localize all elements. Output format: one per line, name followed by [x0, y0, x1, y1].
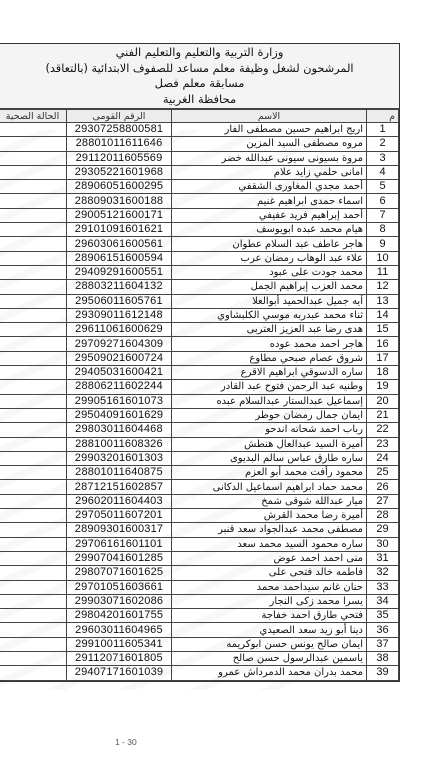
table-row: 4امانى حلمي زايد علام29305221601968	[0, 165, 399, 179]
row-index: 24	[367, 451, 399, 465]
health-status	[0, 594, 67, 608]
national-id: 29804201601755	[67, 609, 172, 623]
table-row: 34يسرا محمد زكى النجار29903071602086	[0, 594, 399, 608]
health-status	[0, 194, 67, 208]
candidate-name: إسماعيل عبدالستار عبدالسلام عبده	[172, 394, 367, 408]
candidate-name: هاجر احمد محمد عوده	[172, 337, 367, 351]
row-index: 16	[367, 337, 399, 351]
column-header-national-id: الرقم القومى	[67, 110, 172, 123]
row-index: 15	[367, 323, 399, 337]
candidate-name: ايمان صالح يونس حسن ابوكريمه	[172, 637, 367, 651]
candidate-name: محمد حماد ابراهيم اسماعيل الدكانى	[172, 480, 367, 494]
table-row: 38ياسمين عبدالرسول حسن صالح2911207160180…	[0, 651, 399, 665]
table-row: 6اسماء حمدى ابراهيم غنيم28809031600188	[0, 194, 399, 208]
row-index: 29	[367, 523, 399, 537]
row-index: 7	[367, 208, 399, 222]
candidate-name: امانى حلمي زايد علام	[172, 165, 367, 179]
candidate-name: محمود رأفت محمد أبو العزم	[172, 466, 367, 480]
table-row: 2مروه مصطفى السيد المزين28801011611646	[0, 137, 399, 151]
health-status	[0, 537, 67, 551]
row-index: 33	[367, 580, 399, 594]
row-index: 14	[367, 308, 399, 322]
row-index: 18	[367, 366, 399, 380]
table-row: 36دينا أبو زيد سعد الصعيدي29603011604965	[0, 623, 399, 637]
row-index: 10	[367, 251, 399, 265]
column-header-name: الاسم	[172, 110, 367, 123]
health-status	[0, 651, 67, 665]
health-status	[0, 566, 67, 580]
national-id: 28809031600188	[67, 194, 172, 208]
table-row: 20إسماعيل عبدالستار عبدالسلام عبده299051…	[0, 394, 399, 408]
governorate-title: محافظة الغربية	[0, 92, 399, 108]
table-row: 14ثناء محمد عبدربه موسي الكلبشاوي2930901…	[0, 308, 399, 322]
table-row: 28أميرة رضا محمد القرش29705011607201	[0, 509, 399, 523]
national-id: 29910011605341	[67, 637, 172, 651]
health-status	[0, 494, 67, 508]
health-status	[0, 251, 67, 265]
health-status	[0, 366, 67, 380]
table-row: 27ميار عبدالله شوقى شمخ29602011604403	[0, 494, 399, 508]
candidate-name: اريج ابراهيم حسين مصطفى الفار	[172, 123, 367, 137]
table-row: 17شروق عصام صبحي مطاوع29509021600724	[0, 351, 399, 365]
candidate-name: يسرا محمد زكى النجار	[172, 594, 367, 608]
candidate-name: محمد العزب إبراهيم الجمل	[172, 280, 367, 294]
candidate-name: ياسمين عبدالرسول حسن صالح	[172, 651, 367, 665]
table-row: 24ساره طارق عباس سالم البديوى29903201601…	[0, 451, 399, 465]
health-status	[0, 237, 67, 251]
national-id: 29504091601629	[67, 408, 172, 422]
health-status	[0, 609, 67, 623]
candidate-name: منى احمد احمد عوض	[172, 551, 367, 565]
row-index: 25	[367, 466, 399, 480]
health-status	[0, 466, 67, 480]
health-status	[0, 623, 67, 637]
national-id: 28712151602857	[67, 480, 172, 494]
national-id: 29309011612148	[67, 308, 172, 322]
national-id: 29405031600421	[67, 366, 172, 380]
health-status	[0, 265, 67, 279]
table-row: 18ساره الدسوقي ابراهيم الاقرع29405031600…	[0, 366, 399, 380]
national-id: 29101091601621	[67, 223, 172, 237]
table-row: 25محمود رأفت محمد أبو العزم2880101164087…	[0, 466, 399, 480]
row-index: 2	[367, 137, 399, 151]
candidate-name: وطنيه عبد الرحمن فتوح عبد القادر	[172, 380, 367, 394]
candidate-name: مروه مصطفى السيد المزين	[172, 137, 367, 151]
health-status	[0, 165, 67, 179]
table-row: 11محمد جودت على عبود29409291600551	[0, 265, 399, 279]
page-range: 1 - 30	[115, 737, 137, 747]
national-id: 28906151600594	[67, 251, 172, 265]
row-index: 32	[367, 566, 399, 580]
candidate-name: أميرة رضا محمد القرش	[172, 509, 367, 523]
health-status	[0, 480, 67, 494]
health-status	[0, 337, 67, 351]
candidate-name: حنان غانم سيداحمد محمد	[172, 580, 367, 594]
health-status	[0, 180, 67, 194]
candidates-sheet: وزارة التربية والتعليم والتعليم الفني ال…	[0, 43, 400, 682]
row-index: 34	[367, 594, 399, 608]
health-status	[0, 151, 67, 165]
title-block: وزارة التربية والتعليم والتعليم الفني ال…	[0, 44, 399, 109]
table-row: 21ايمان جمال رمضان حوطر29504091601629	[0, 408, 399, 422]
column-header-index: م	[367, 110, 399, 123]
table-row: 9هاجر عاطف عبد السلام عطوان2960306160056…	[0, 237, 399, 251]
health-status	[0, 437, 67, 451]
health-status	[0, 509, 67, 523]
row-index: 38	[367, 651, 399, 665]
candidate-name: شروق عصام صبحي مطاوع	[172, 351, 367, 365]
table-row: 30ساره محمود السيد محمد سعد2970616160110…	[0, 537, 399, 551]
health-status	[0, 523, 67, 537]
candidate-name: مصطفى محمد عبدالجواد سعد قنبر	[172, 523, 367, 537]
column-header-health-status: الحالة الصحية	[0, 110, 67, 123]
table-row: 29مصطفى محمد عبدالجواد سعد قنبر289093016…	[0, 523, 399, 537]
national-id: 29602011604403	[67, 494, 172, 508]
national-id: 29701051603661	[67, 580, 172, 594]
health-status	[0, 380, 67, 394]
candidate-name: مروة بسيونى سيونى عبدالله خضر	[172, 151, 367, 165]
row-index: 13	[367, 294, 399, 308]
candidate-name: ميار عبدالله شوقى شمخ	[172, 494, 367, 508]
row-index: 27	[367, 494, 399, 508]
table-row: 13آيه جميل عبدالحميد أبوالعلا29506011605…	[0, 294, 399, 308]
row-index: 39	[367, 666, 399, 680]
national-id: 28909301600317	[67, 523, 172, 537]
candidate-name: دينا أبو زيد سعد الصعيدي	[172, 623, 367, 637]
national-id: 28801011611646	[67, 137, 172, 151]
candidate-name: هاجر عاطف عبد السلام عطوان	[172, 237, 367, 251]
row-index: 28	[367, 509, 399, 523]
row-index: 22	[367, 423, 399, 437]
health-status	[0, 423, 67, 437]
table-row: 15هدى رضا عبد العزيز العتربى296110616006…	[0, 323, 399, 337]
competition-title: مسابقة معلم فصل	[0, 76, 399, 92]
table-row: 1اريج ابراهيم حسين مصطفى الفار2930725880…	[0, 123, 399, 137]
health-status	[0, 294, 67, 308]
national-id: 29907041601285	[67, 551, 172, 565]
national-id: 29709271604309	[67, 337, 172, 351]
candidate-name: ايمان جمال رمضان حوطر	[172, 408, 367, 422]
row-index: 11	[367, 265, 399, 279]
table-row: 12محمد العزب إبراهيم الجمل28803211604132	[0, 280, 399, 294]
table-header-row: م الاسم الرقم القومى الحالة الصحية	[0, 110, 399, 123]
row-index: 8	[367, 223, 399, 237]
candidate-name: علاء عبد الوهاب رمضان عرب	[172, 251, 367, 265]
health-status	[0, 580, 67, 594]
candidate-name: ساره الدسوقي ابراهيم الاقرع	[172, 366, 367, 380]
national-id: 29807071601625	[67, 566, 172, 580]
national-id: 29903071602086	[67, 594, 172, 608]
candidate-name: هيام محمد عبده ابويوسف	[172, 223, 367, 237]
row-index: 3	[367, 151, 399, 165]
candidate-name: هدى رضا عبد العزيز العتربى	[172, 323, 367, 337]
health-status	[0, 351, 67, 365]
national-id: 28806211602244	[67, 380, 172, 394]
table-row: 31منى احمد احمد عوض29907041601285	[0, 551, 399, 565]
table-row: 5أحمد مجدي المغاورى الشقفي28906051600295	[0, 180, 399, 194]
table-row: 35فتحي طارق احمد خفاجة29804201601755	[0, 609, 399, 623]
row-index: 21	[367, 408, 399, 422]
table-row: 32فاطمه خالد فتحى على29807071601625	[0, 566, 399, 580]
health-status	[0, 666, 67, 680]
health-status	[0, 551, 67, 565]
national-id: 29706161601101	[67, 537, 172, 551]
candidate-name: فاطمه خالد فتحى على	[172, 566, 367, 580]
national-id: 29705011607201	[67, 509, 172, 523]
table-row: 19وطنيه عبد الرحمن فتوح عبد القادر288062…	[0, 380, 399, 394]
health-status	[0, 451, 67, 465]
candidate-name: اسماء حمدى ابراهيم غنيم	[172, 194, 367, 208]
row-index: 35	[367, 609, 399, 623]
health-status	[0, 394, 67, 408]
table-row: 7أحمد إبراهيم فريد عفيفي29005121600171	[0, 208, 399, 222]
national-id: 29506011605761	[67, 294, 172, 308]
national-id: 28803211604132	[67, 280, 172, 294]
national-id: 29005121600171	[67, 208, 172, 222]
row-index: 30	[367, 537, 399, 551]
national-id: 29409291600551	[67, 265, 172, 279]
national-id: 29307258800581	[67, 123, 172, 137]
candidates-table: م الاسم الرقم القومى الحالة الصحية 1اريج…	[0, 109, 399, 681]
table-row: 23أميرة السيد عبدالعال هنطش2881001160832…	[0, 437, 399, 451]
national-id: 29905161601073	[67, 394, 172, 408]
national-id: 29611061600629	[67, 323, 172, 337]
table-row: 10علاء عبد الوهاب رمضان عرب2890615160059…	[0, 251, 399, 265]
health-status	[0, 408, 67, 422]
national-id: 29305221601968	[67, 165, 172, 179]
candidate-name: أميرة السيد عبدالعال هنطش	[172, 437, 367, 451]
candidate-name: أحمد مجدي المغاورى الشقفي	[172, 180, 367, 194]
row-index: 23	[367, 437, 399, 451]
health-status	[0, 323, 67, 337]
row-index: 37	[367, 637, 399, 651]
national-id: 28810011608326	[67, 437, 172, 451]
candidate-name: محمد بدران محمد الدمرداش عمرو	[172, 666, 367, 680]
table-row: 16هاجر احمد محمد عوده29709271604309	[0, 337, 399, 351]
health-status	[0, 308, 67, 322]
ministry-title: وزارة التربية والتعليم والتعليم الفني	[0, 45, 399, 61]
national-id: 29112071601805	[67, 651, 172, 665]
health-status	[0, 637, 67, 651]
row-index: 36	[367, 623, 399, 637]
row-index: 17	[367, 351, 399, 365]
health-status	[0, 123, 67, 137]
candidate-name: ساره طارق عباس سالم البديوى	[172, 451, 367, 465]
national-id: 29603011604965	[67, 623, 172, 637]
row-index: 6	[367, 194, 399, 208]
candidate-name: آيه جميل عبدالحميد أبوالعلا	[172, 294, 367, 308]
health-status	[0, 208, 67, 222]
national-id: 28801011640875	[67, 466, 172, 480]
national-id: 29509021600724	[67, 351, 172, 365]
table-row: 33حنان غانم سيداحمد محمد29701051603661	[0, 580, 399, 594]
candidate-name: ثناء محمد عبدربه موسي الكلبشاوي	[172, 308, 367, 322]
candidate-name: أحمد إبراهيم فريد عفيفي	[172, 208, 367, 222]
national-id: 29407171601039	[67, 666, 172, 680]
table-row: 3مروة بسيونى سيونى عبدالله خضر2911201160…	[0, 151, 399, 165]
table-row: 26محمد حماد ابراهيم اسماعيل الدكانى28712…	[0, 480, 399, 494]
row-index: 12	[367, 280, 399, 294]
row-index: 19	[367, 380, 399, 394]
table-row: 37ايمان صالح يونس حسن ابوكريمه2991001160…	[0, 637, 399, 651]
row-index: 26	[367, 480, 399, 494]
candidate-name: ساره محمود السيد محمد سعد	[172, 537, 367, 551]
health-status	[0, 280, 67, 294]
table-row: 22رباب احمد شحاته اندحو29803011604468	[0, 423, 399, 437]
row-index: 1	[367, 123, 399, 137]
row-index: 20	[367, 394, 399, 408]
national-id: 29803011604468	[67, 423, 172, 437]
row-index: 9	[367, 237, 399, 251]
national-id: 29903201601303	[67, 451, 172, 465]
candidate-name: محمد جودت على عبود	[172, 265, 367, 279]
candidate-name: فتحي طارق احمد خفاجة	[172, 609, 367, 623]
table-body: 1اريج ابراهيم حسين مصطفى الفار2930725880…	[0, 123, 399, 681]
row-index: 4	[367, 165, 399, 179]
national-id: 28906051600295	[67, 180, 172, 194]
table-row: 39محمد بدران محمد الدمرداش عمرو294071716…	[0, 666, 399, 680]
candidate-name: رباب احمد شحاته اندحو	[172, 423, 367, 437]
row-index: 5	[367, 180, 399, 194]
national-id: 29112011605569	[67, 151, 172, 165]
job-subtitle: المرشحون لشغل وظيفة معلم مساعد للصفوف ال…	[0, 61, 399, 77]
row-index: 31	[367, 551, 399, 565]
health-status	[0, 223, 67, 237]
health-status	[0, 137, 67, 151]
table-row: 8هيام محمد عبده ابويوسف29101091601621	[0, 223, 399, 237]
national-id: 29603061600561	[67, 237, 172, 251]
